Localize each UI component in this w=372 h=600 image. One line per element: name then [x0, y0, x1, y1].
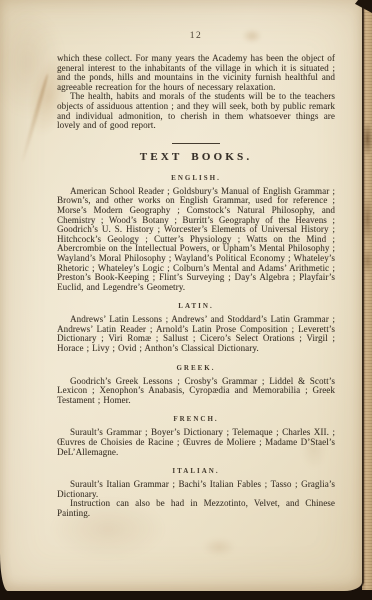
subject-books-latin: Andrews’ Latin Lessons ; Andrews’ and St…: [57, 315, 335, 353]
intro-paragraph-2: The health, habits and morals of the stu…: [57, 92, 335, 130]
page-number: 12: [57, 31, 335, 41]
book-fore-edge: [362, 0, 372, 590]
closing-note: Instruction can also be had in Mezzotint…: [57, 499, 335, 518]
subject-heading-italian: ITALIAN.: [57, 467, 335, 476]
edge-stain: [362, 248, 372, 274]
edge-stain: [362, 122, 372, 156]
subject-heading-greek: GREEK.: [57, 364, 335, 373]
section-title: TEXT BOOKS.: [57, 151, 335, 164]
subject-books-english: American School Reader ; Goldsbury’s Man…: [57, 187, 335, 293]
subject-heading-english: ENGLISH.: [57, 174, 335, 183]
book-page: 12 which these collect. For many years t…: [0, 0, 362, 591]
intro-paragraph-1: which these collect. For many years the …: [57, 54, 335, 92]
paper-stain: [196, 534, 242, 560]
subject-books-french: Surault’s Grammar ; Boyer’s Dictionary ;…: [57, 428, 335, 457]
subject-heading-french: FRENCH.: [57, 415, 335, 424]
scanned-book-photo: 12 which these collect. For many years t…: [0, 0, 372, 600]
subject-books-greek: Goodrich’s Greek Lessons ; Crosby’s Gram…: [57, 377, 335, 406]
section-divider-rule: [172, 143, 220, 145]
page-edge-grain: [362, 0, 372, 590]
subject-heading-latin: LATIN.: [57, 302, 335, 311]
edge-stain: [362, 196, 372, 242]
subject-books-italian: Surault’s Italian Grammar ; Bachi’s Ital…: [57, 480, 335, 499]
printed-text-block: 12 which these collect. For many years t…: [0, 0, 362, 519]
